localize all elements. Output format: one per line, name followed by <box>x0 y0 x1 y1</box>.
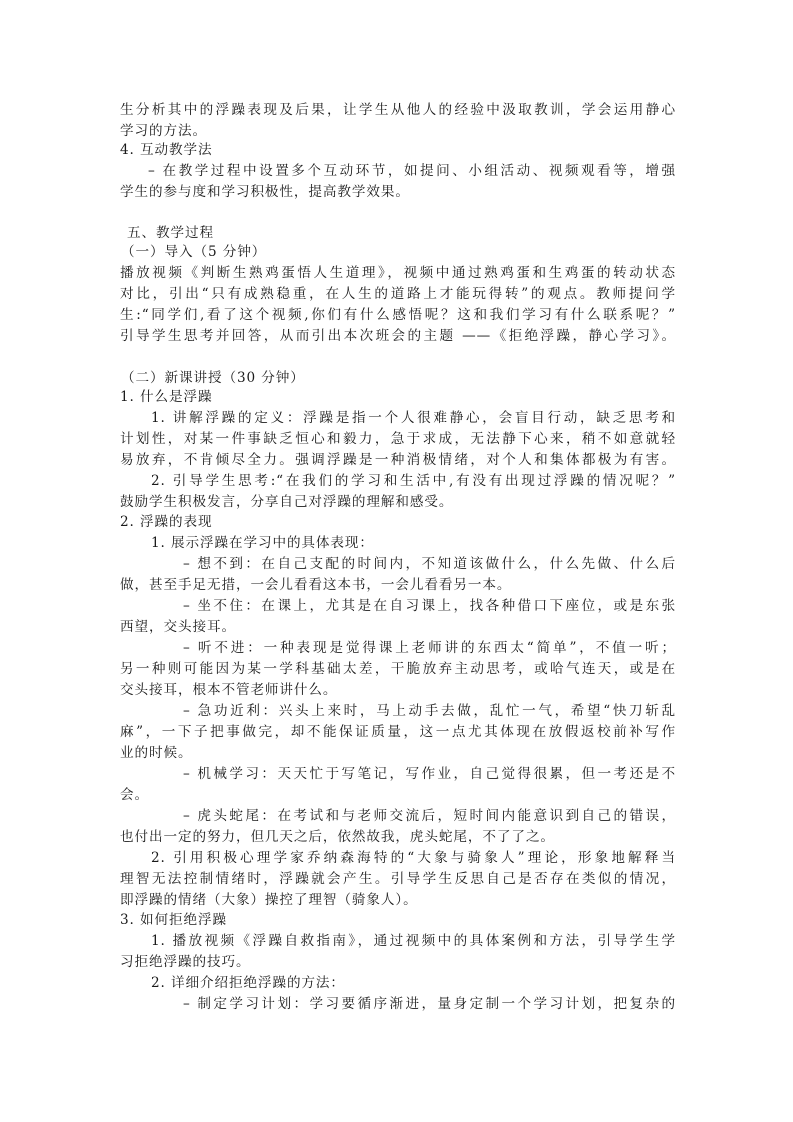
text-line: 另一种则可能因为某一学科基础太差，干脆放弃主动思考，或哈气连天，或是在 <box>120 659 676 680</box>
text-line: 鼓励学生积极发言，分享自己对浮躁的理解和感受。 <box>120 492 676 513</box>
text-line: – 制定学习计划：学习要循序渐进，量身定制一个学习计划，把复杂的 <box>183 994 676 1015</box>
text-line: 麻”，一下子把事做完，却不能保证质量，这一点尤其体现在放假返校前补写作 <box>120 722 676 743</box>
text-line: 2. 详细介绍拒绝浮躁的方法： <box>151 973 676 994</box>
text-line: 计划性，对某一件事缺乏恒心和毅力，急于求成，无法静下心来，稍不如意就轻 <box>120 429 676 450</box>
text-line: 1. 展示浮躁在学习中的具体表现： <box>151 533 676 554</box>
text-line: 生:“同学们,看了这个视频,你们有什么感悟呢？这和我们学习有什么联系呢？” <box>120 305 676 326</box>
text-line: – 急功近利：兴头上来时，马上动手去做，乱忙一气，希望“快刀斩乱 <box>183 701 676 722</box>
text-line: – 虎头蛇尾：在考试和与老师交流后，短时间内能意识到自己的错误， <box>183 806 676 827</box>
text-line: 易放弃，不肯倾尽全力。强调浮躁是一种消极情绪，对个人和集体都极为有害。 <box>120 450 676 471</box>
text-line: – 机械学习：天天忙于写笔记，写作业，自己觉得很累，但一考还是不 <box>183 764 676 785</box>
text-line: 学生的参与度和学习积极性，提高教学效果。 <box>120 182 676 203</box>
text-line: （一）导入（5 分钟） <box>121 242 676 263</box>
text-line: 4. 互动教学法 <box>120 140 676 161</box>
text-line: 即浮躁的情绪（大象）操控了理智（骑象人）。 <box>120 890 676 911</box>
text-line: 生分析其中的浮躁表现及后果，让学生从他人的经验中汲取教训，学会运用静心 <box>120 100 676 121</box>
text-line: 习拒绝浮躁的技巧。 <box>120 952 676 973</box>
text-line: 五、教学过程 <box>127 223 676 244</box>
text-line: 理智无法控制情绪时，浮躁就会产生。引导学生反思自己是否存在类似的情况， <box>120 869 676 890</box>
text-line: 也付出一定的努力，但几天之后，依然故我，虎头蛇尾，不了了之。 <box>120 827 676 848</box>
text-line: – 坐不住：在课上，尤其是在自习课上，找各种借口下座位，或是东张 <box>183 596 676 617</box>
text-line: 会。 <box>120 785 676 806</box>
text-line: （二）新课讲授（30 分钟） <box>121 368 676 389</box>
document-page: 生分析其中的浮躁表现及后果，让学生从他人的经验中汲取教训，学会运用静心学习的方法… <box>0 0 793 1122</box>
text-line: 西望，交头接耳。 <box>120 617 676 638</box>
text-line: 2. 引导学生思考:“在我们的学习和生活中,有没有出现过浮躁的情况呢？” <box>151 471 676 492</box>
text-line: 播放视频《判断生熟鸡蛋悟人生道理》，视频中通过熟鸡蛋和生鸡蛋的转动状态 <box>120 263 676 284</box>
text-line: 做，甚至手足无措，一会儿看看这本书，一会儿看看另一本。 <box>120 575 676 596</box>
text-line: – 想不到：在自己支配的时间内，不知道该做什么，什么先做、什么后 <box>183 554 676 575</box>
text-line: 学习的方法。 <box>120 121 676 142</box>
text-line: 交头接耳，根本不管老师讲什么。 <box>120 680 676 701</box>
text-line: 引导学生思考并回答，从而引出本次班会的主题 ——《拒绝浮躁，静心学习》。 <box>120 326 676 347</box>
text-line: 业的时候。 <box>120 743 676 764</box>
text-line: 1. 播放视频《浮躁自救指南》，通过视频中的具体案例和方法，引导学生学 <box>151 931 676 952</box>
text-line: 3. 如何拒绝浮躁 <box>120 910 676 931</box>
text-line: – 在教学过程中设置多个互动环节，如提问、小组活动、视频观看等，增强 <box>148 161 676 182</box>
text-line: 1. 讲解浮躁的定义：浮躁是指一个人很难静心，会盲目行动，缺乏思考和 <box>151 408 676 429</box>
text-line: 2. 浮躁的表现 <box>120 512 676 533</box>
text-line: 对比，引出“只有成熟稳重，在人生的道路上才能玩得转”的观点。教师提问学 <box>120 284 676 305</box>
text-line: – 听不进：一种表现是觉得课上老师讲的东西太“简单”，不值一听； <box>183 638 676 659</box>
text-line: 2. 引用积极心理学家乔纳森海特的“大象与骑象人”理论，形象地解释当 <box>151 848 676 869</box>
text-line: 1. 什么是浮躁 <box>120 387 676 408</box>
